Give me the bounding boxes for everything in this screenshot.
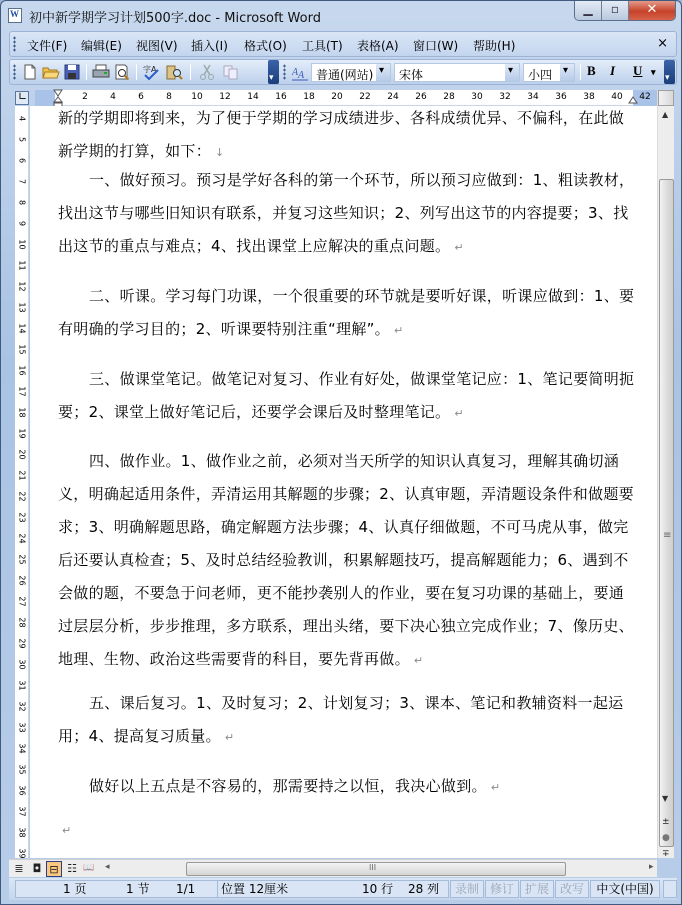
ruler-tick: 33 xyxy=(18,721,27,735)
maximize-button[interactable]: ▫ xyxy=(602,1,629,20)
research-icon xyxy=(165,63,183,81)
ruler-tick: 22 xyxy=(18,490,27,504)
left-margin-area xyxy=(35,90,55,106)
status-language[interactable]: 中文(中国) xyxy=(590,880,660,898)
ruler-tick: 36 xyxy=(18,784,27,798)
paragraph-mark: ↵ xyxy=(454,241,464,254)
italic-button[interactable]: I xyxy=(610,63,615,79)
ruler-tick: 18 xyxy=(18,406,27,420)
status-column: 28 列 xyxy=(408,881,439,898)
toolbar-grip[interactable] xyxy=(13,64,16,80)
ruler-tick: 11 xyxy=(18,259,27,273)
paragraph-text: 四、做作业。1、做作业之前，必须对当天所学的知识认真复习，理解其确切涵义，明确起… xyxy=(58,452,634,668)
ruler-tick: 6 xyxy=(18,154,27,168)
ruler-tick: 42 xyxy=(639,92,650,102)
ruler-tick: 31 xyxy=(18,679,27,693)
ruler-tick: 30 xyxy=(471,92,482,102)
font-value: 宋体 xyxy=(399,66,423,83)
open-button[interactable] xyxy=(42,63,60,81)
chevron-down-icon[interactable] xyxy=(560,64,574,81)
ruler-tick: 30 xyxy=(18,658,27,672)
maximize-icon: ▫ xyxy=(602,2,628,16)
ruler-tick: 29 xyxy=(18,637,27,651)
vertical-ruler[interactable]: 4 5 6 7 8 9 10 11 12 13 14 15 16 17 18 1… xyxy=(15,106,29,858)
printer-icon xyxy=(92,63,110,81)
ruler-tick: 39 xyxy=(18,847,27,859)
folder-open-icon xyxy=(42,63,60,81)
styles-pane-button[interactable]: AA xyxy=(291,63,309,81)
style-value: 普通(网站) xyxy=(316,66,373,83)
minimize-button[interactable]: ▁ xyxy=(575,1,602,20)
ruler-tick: 5 xyxy=(18,133,27,147)
ruler-tick: 28 xyxy=(18,616,27,630)
ruler-tick: 20 xyxy=(331,92,342,102)
paragraph-text: 一、做好预习。预习是学好各科的第一个环节，所以预习应做到：1、粗读教材，找出这节… xyxy=(58,171,634,255)
font-size-value: 小四 xyxy=(528,66,552,83)
word-doc-icon[interactable] xyxy=(8,8,22,23)
paragraph-mark: ↵ xyxy=(491,781,501,794)
ruler-toggle-button[interactable] xyxy=(658,90,674,106)
paragraph[interactable]: 五、课后复习。1、及时复习；2、计划复习；3、课本、笔记和教辅资料一起运用；4、… xyxy=(58,687,638,754)
underline-button[interactable]: U xyxy=(633,63,642,79)
paragraph-text: 新的学期即将到来，为了便于学期的学习成绩进步、各科成绩优异、不偏科，在此做新学期… xyxy=(58,109,624,160)
new-doc-icon xyxy=(21,63,39,81)
vertical-scrollbar[interactable]: ▲ ▼ ± ● ∓ xyxy=(657,90,674,858)
ruler-tick: 2 xyxy=(82,92,88,102)
menu-file[interactable]: 文件(F) xyxy=(27,37,67,54)
paragraph-text: 做好以上五点是不容易的，那需要持之以恒，我决心做到。 xyxy=(89,777,487,795)
scroll-left-arrow-icon[interactable]: ◂ xyxy=(105,862,110,872)
research-button[interactable] xyxy=(165,63,183,81)
scroll-down-arrow-icon[interactable]: ▼ xyxy=(662,794,668,803)
horizontal-ruler[interactable]: 2 4 6 8 10 12 14 16 18 20 22 24 26 28 30… xyxy=(35,90,659,106)
paragraph-mark: ↵ xyxy=(394,324,404,337)
ruler-tick: 12 xyxy=(18,280,27,294)
ruler-tick: 24 xyxy=(18,532,27,546)
ruler-tick: 6 xyxy=(138,92,144,102)
close-icon: ✕ xyxy=(629,2,675,17)
save-button[interactable] xyxy=(63,63,81,81)
ruler-tick: 37 xyxy=(18,805,27,819)
scroll-right-arrow-icon[interactable]: ▸ xyxy=(649,862,654,872)
paragraph[interactable]: 新的学期即将到来，为了便于学期的学习成绩进步、各科成绩优异、不偏科，在此做新学期… xyxy=(58,106,638,169)
next-page-icon[interactable]: ∓ xyxy=(662,849,670,859)
paragraph-text: 三、做课堂笔记。做笔记对复习、作业有好处，做课堂笔记应：1、笔记要简明扼要；2、… xyxy=(58,370,634,421)
ruler-tick: 32 xyxy=(18,700,27,714)
spelling-button[interactable]: 字A xyxy=(142,63,160,81)
ruler-tick: 32 xyxy=(499,92,510,102)
menu-bar: 文件(F) 编辑(E) 视图(V) 插入(I) 格式(O) 工具(T) 表格(A… xyxy=(9,31,677,57)
document-area[interactable]: 新的学期即将到来，为了便于学期的学习成绩进步、各科成绩优异、不偏科，在此做新学期… xyxy=(30,106,657,858)
paragraph[interactable]: 一、做好预习。预习是学好各科的第一个环节，所以预习应做到：1、粗读教材，找出这节… xyxy=(58,164,638,264)
style-dropdown[interactable]: 普通(网站) xyxy=(311,63,391,82)
ruler-tick: 24 xyxy=(387,92,398,102)
paragraph-mark: ↵ xyxy=(62,824,72,837)
ruler-tick: 17 xyxy=(18,385,27,399)
ruler-tick: 28 xyxy=(443,92,454,102)
new-document-button[interactable] xyxy=(21,63,39,81)
menu-edit[interactable]: 编辑(E) xyxy=(81,37,122,54)
status-section: 1 节 xyxy=(126,881,149,898)
toolbar-separator xyxy=(86,64,87,80)
ruler-tick: 38 xyxy=(583,92,594,102)
ruler-tick: 21 xyxy=(18,469,27,483)
toolbar: 字A AA 普通(网站) 宋体 小四 B I U xyxy=(9,59,677,85)
normal-view-button[interactable]: ≣ xyxy=(11,861,27,877)
ruler-tick: 10 xyxy=(191,92,202,102)
close-button[interactable]: ✕ xyxy=(629,1,675,20)
menu-help[interactable]: 帮助(H) xyxy=(473,37,515,54)
ruler-tick: 4 xyxy=(18,112,27,126)
cut-button[interactable] xyxy=(198,63,216,81)
status-record[interactable]: 录制 xyxy=(450,880,484,898)
paragraph[interactable]: ↵ xyxy=(58,813,638,847)
styles-pane-icon: AA xyxy=(291,63,309,81)
spell-check-icon: 字A xyxy=(142,63,160,81)
paragraph-mark: ↵ xyxy=(414,654,424,667)
reading-layout-view-button[interactable]: 📖 xyxy=(81,861,97,877)
word-window: 初中新学期学习计划500字.doc - Microsoft Word ▁ ▫ ✕… xyxy=(0,0,682,905)
paragraph-mark: ↵ xyxy=(225,731,235,744)
paragraph-text: 五、课后复习。1、及时复习；2、计划复习；3、课本、笔记和教辅资料一起运用；4、… xyxy=(58,694,623,745)
ruler-tick: 27 xyxy=(18,595,27,609)
status-bar: 1 页 1 节 1/1 位置 12厘米 10 行 28 列 录制 修订 扩展 改… xyxy=(9,878,677,900)
ruler-tick: 12 xyxy=(219,92,230,102)
print-preview-button[interactable] xyxy=(113,63,131,81)
horizontal-scroll-thumb[interactable] xyxy=(186,862,566,876)
floppy-save-icon xyxy=(63,63,81,81)
paragraph-mark: ↵ xyxy=(454,407,464,420)
print-button[interactable] xyxy=(92,63,110,81)
scissors-icon xyxy=(198,63,216,81)
ruler-tick: 10 xyxy=(18,238,27,252)
ruler-tick: 13 xyxy=(18,301,27,315)
toolbar-options-chevron[interactable] xyxy=(664,60,675,84)
tab-selector-button[interactable] xyxy=(15,91,29,105)
ruler-tick: 40 xyxy=(611,92,622,102)
ruler-tick: 14 xyxy=(18,322,27,336)
bold-button[interactable]: B xyxy=(587,63,596,79)
paragraph[interactable]: 做好以上五点是不容易的，那需要持之以恒，我决心做到。↵ xyxy=(58,770,638,804)
paragraph[interactable]: 四、做作业。1、做作业之前，必须对当天所学的知识认真复习，理解其确切涵义，明确起… xyxy=(58,445,638,677)
ruler-tick: 22 xyxy=(359,92,370,102)
ruler-tick: 36 xyxy=(555,92,566,102)
menu-tools[interactable]: 工具(T) xyxy=(302,37,343,54)
spelling-status-icon[interactable] xyxy=(663,880,677,898)
window-title: 初中新学期学习计划500字.doc - Microsoft Word xyxy=(29,7,321,26)
toolbar-grip[interactable] xyxy=(283,64,286,80)
print-layout-view-button[interactable]: ⊟ xyxy=(46,861,62,877)
ruler-tick: 4 xyxy=(110,92,116,102)
title-bar[interactable]: 初中新学期学习计划500字.doc - Microsoft Word ▁ ▫ ✕ xyxy=(1,1,681,29)
menubar-grip[interactable] xyxy=(13,36,16,52)
ruler-tick: 15 xyxy=(18,343,27,357)
status-page-of: 1/1 xyxy=(176,881,195,898)
paragraph[interactable]: 二、听课。学习每门功课，一个很重要的环节就是要听好课，听课应做到：1、要有明确的… xyxy=(58,280,638,347)
ruler-tick: 34 xyxy=(18,742,27,756)
ruler-tick: 16 xyxy=(18,364,27,378)
menu-view[interactable]: 视图(V) xyxy=(136,37,178,54)
close-document-button[interactable]: × xyxy=(657,36,668,51)
menu-format[interactable]: 格式(O) xyxy=(244,37,287,54)
toolbar-separator xyxy=(580,64,581,80)
toolbar-options-chevron[interactable] xyxy=(268,60,279,84)
ruler-tick: 26 xyxy=(415,92,426,102)
ruler-tick: 26 xyxy=(18,574,27,588)
underline-options-icon[interactable]: ▾ xyxy=(651,67,656,78)
status-position[interactable]: 位置 12厘米 10 行 28 列 xyxy=(217,880,449,898)
status-extend[interactable]: 扩展 xyxy=(520,880,554,898)
ruler-tick: 23 xyxy=(18,511,27,525)
right-indent-marker-icon[interactable] xyxy=(628,96,638,104)
vertical-scroll-thumb[interactable] xyxy=(659,179,674,847)
ruler-tick: 38 xyxy=(18,826,27,840)
svg-text:A: A xyxy=(297,70,305,81)
outline-view-button[interactable]: ☷ xyxy=(64,861,80,877)
status-position-text: 位置 12厘米 xyxy=(221,881,288,898)
status-page: 1 页 xyxy=(63,881,86,898)
status-line: 10 行 xyxy=(362,881,393,898)
ruler-tick: 8 xyxy=(166,92,172,102)
line-break-mark: ↓ xyxy=(215,146,225,159)
chevron-down-icon[interactable] xyxy=(376,64,390,81)
status-track-changes[interactable]: 修订 xyxy=(485,880,519,898)
paragraph[interactable]: 三、做课堂笔记。做笔记对复习、作业有好处，做课堂笔记应：1、笔记要简明扼要；2、… xyxy=(58,363,638,430)
ruler-tick: 7 xyxy=(18,175,27,189)
toolbar-separator xyxy=(136,64,137,80)
scroll-up-arrow-icon[interactable]: ▲ xyxy=(662,110,668,119)
copy-icon xyxy=(222,63,240,81)
menu-window[interactable]: 窗口(W) xyxy=(413,37,458,54)
previous-page-icon[interactable]: ± xyxy=(662,817,670,827)
toolbar-separator xyxy=(190,64,191,80)
status-overtype[interactable]: 改写 xyxy=(555,880,589,898)
ruler-tick: 20 xyxy=(18,448,27,462)
ruler-tick: 19 xyxy=(18,427,27,441)
ruler-tick: 18 xyxy=(303,92,314,102)
web-layout-view-button[interactable]: ◘ xyxy=(29,861,45,877)
ruler-tick: 35 xyxy=(18,763,27,777)
copy-button[interactable] xyxy=(222,63,240,81)
ruler-tick: 9 xyxy=(18,217,27,231)
ruler-tick: 14 xyxy=(247,92,258,102)
print-preview-icon xyxy=(113,63,131,81)
status-page-section[interactable]: 1 页 1 节 1/1 xyxy=(15,880,219,898)
menu-insert[interactable]: 插入(I) xyxy=(191,37,228,54)
window-controls: ▁ ▫ ✕ xyxy=(574,1,676,21)
ruler-tick: 8 xyxy=(18,196,27,210)
ruler-tick: 25 xyxy=(18,553,27,567)
chevron-down-icon[interactable] xyxy=(505,64,519,81)
menu-table[interactable]: 表格(A) xyxy=(357,37,399,54)
font-size-dropdown[interactable]: 小四 xyxy=(523,63,575,82)
ruler-tick: 34 xyxy=(527,92,538,102)
view-bar: ≣ ◘ ⊟ ☷ 📖 ◂ ▸ xyxy=(9,859,657,877)
font-dropdown[interactable]: 宋体 xyxy=(394,63,520,82)
ruler-tick: 16 xyxy=(275,92,286,102)
select-browse-object-icon[interactable]: ● xyxy=(662,833,670,843)
paragraph-text: 二、听课。学习每门功课，一个很重要的环节就是要听好课，听课应做到：1、要有明确的… xyxy=(58,287,634,338)
minimize-icon: ▁ xyxy=(575,2,601,16)
